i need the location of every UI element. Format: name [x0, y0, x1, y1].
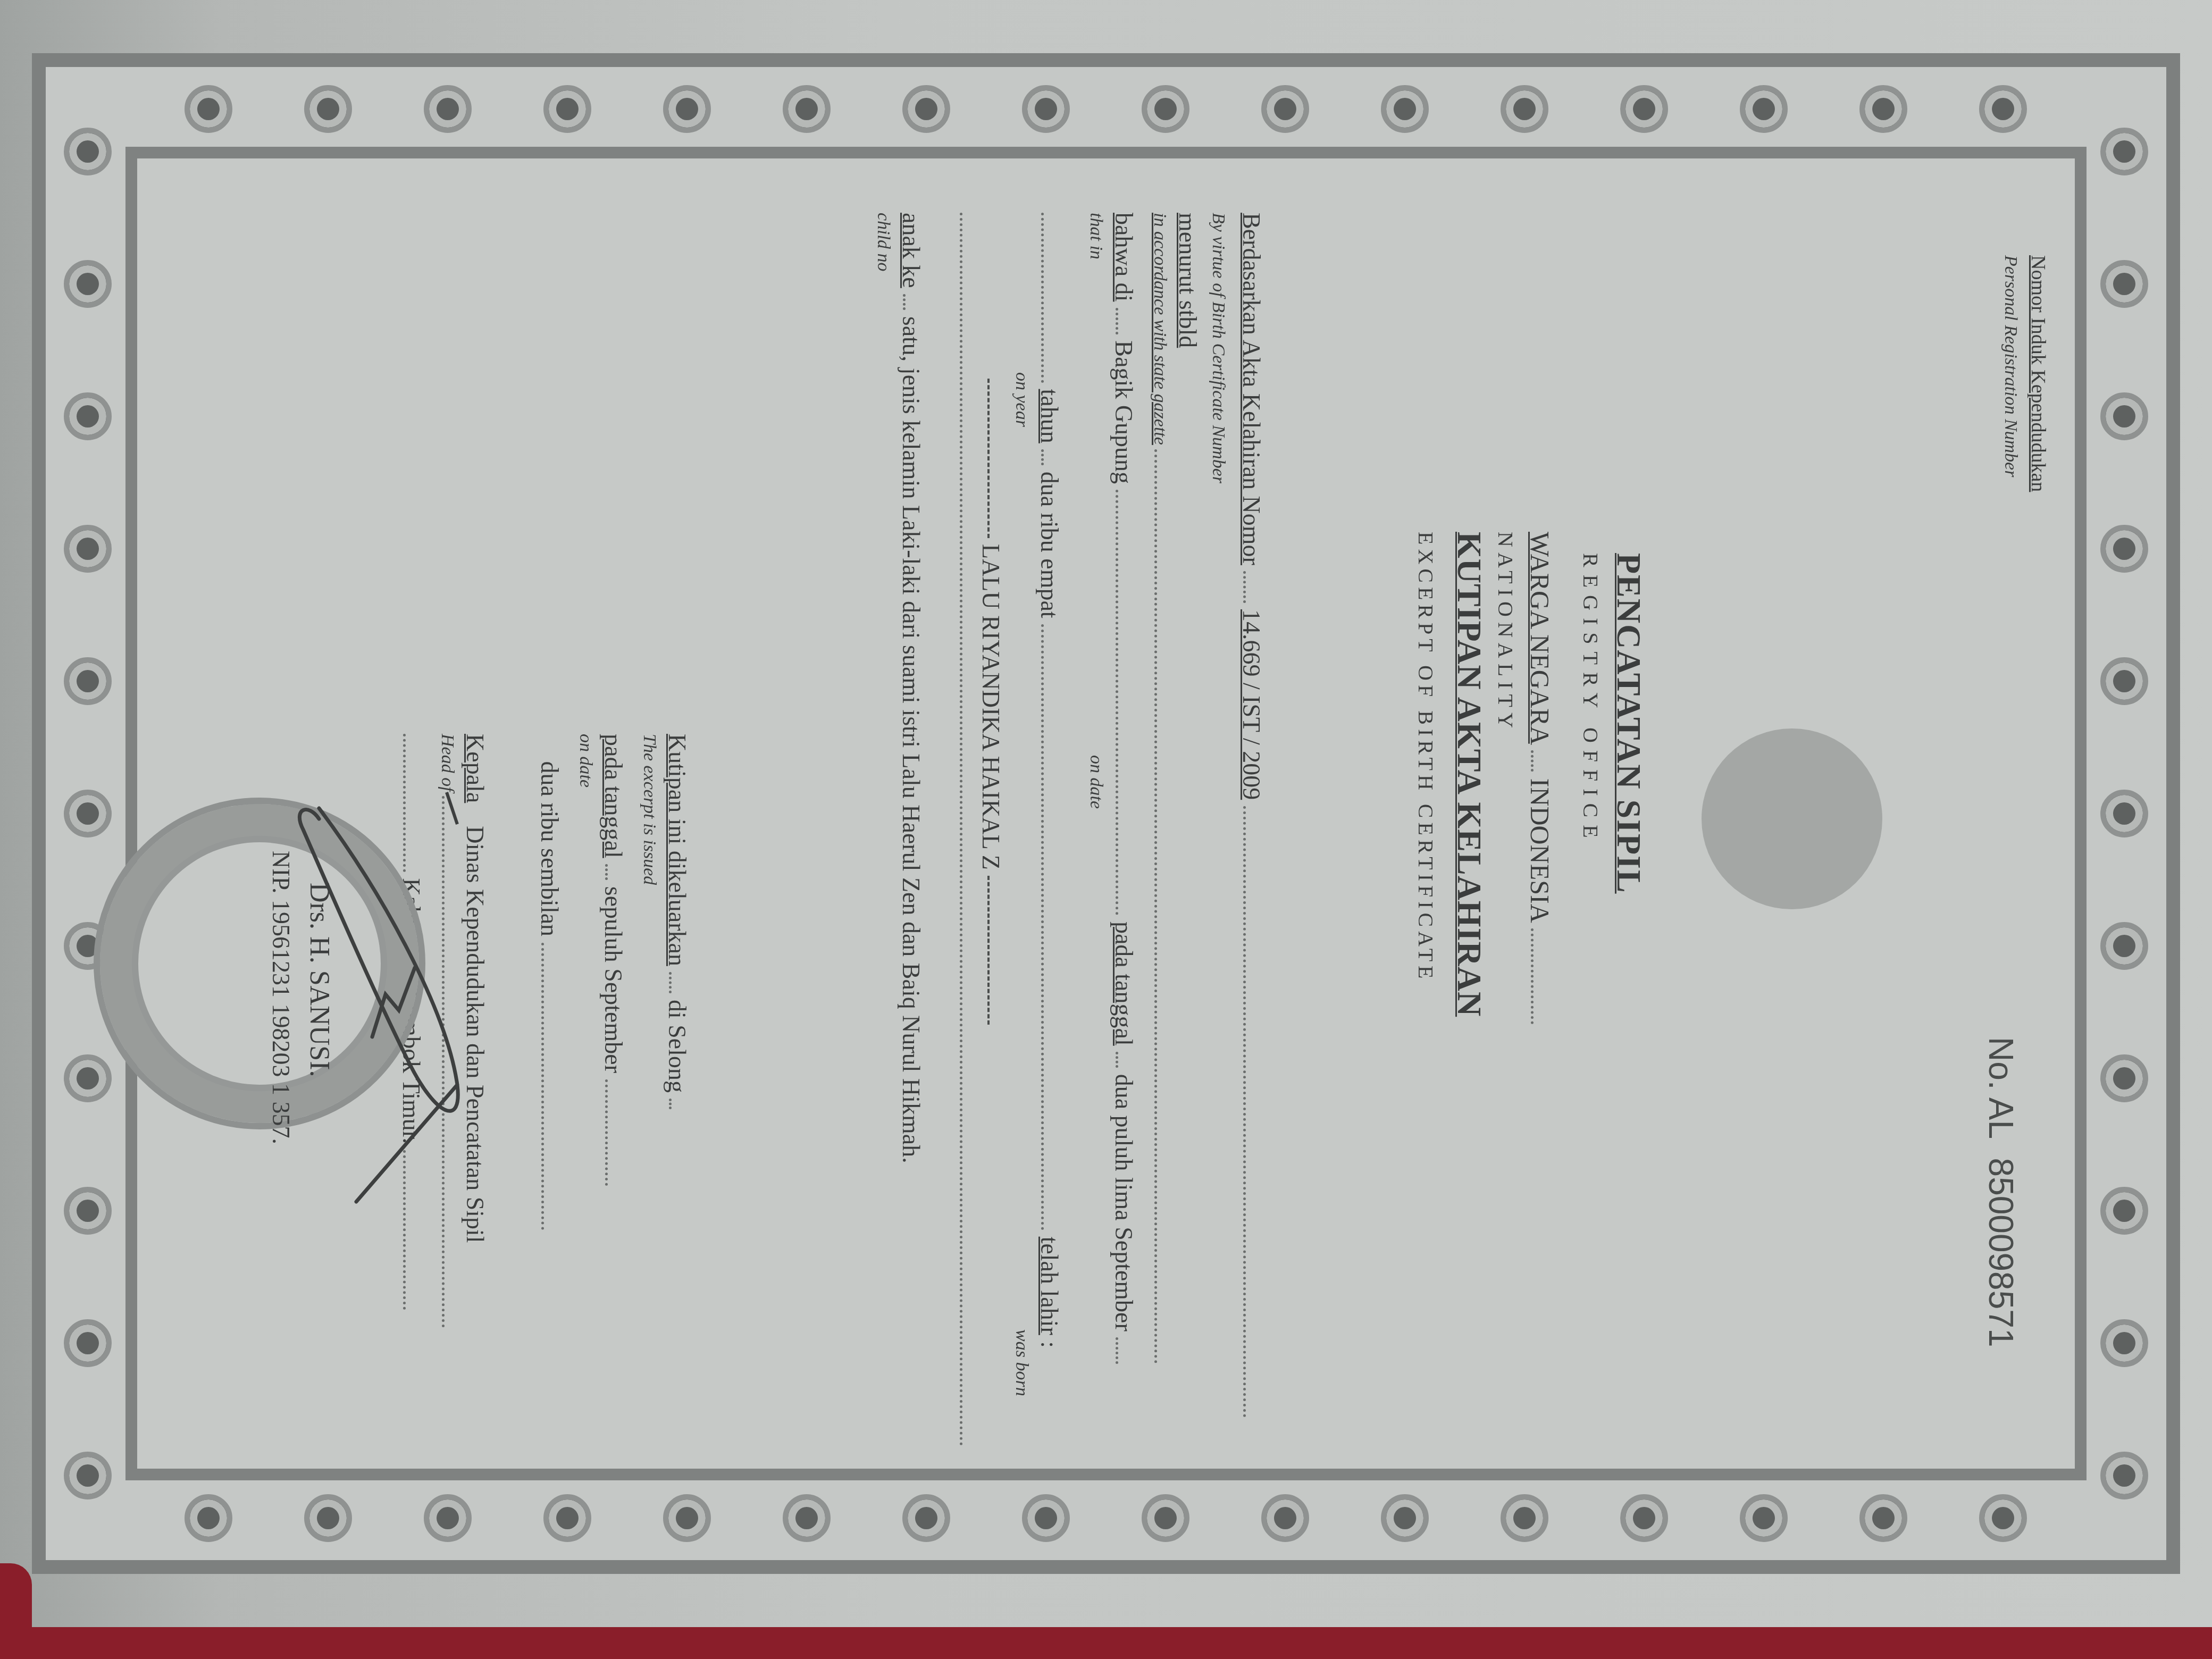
border-ornament-icon: [1142, 85, 1190, 133]
year-row: tahun dua ribu empat telah lahir :: [1035, 213, 1063, 1348]
issued-date-label-en: on date: [575, 734, 596, 787]
basis-label-en: By virtue of Birth Certificate Number: [1208, 213, 1228, 483]
border-ornament-icon: [1501, 85, 1549, 133]
office-title-en: REGISTRY OFFICE: [1578, 553, 1603, 845]
border-ornament-icon: [64, 1187, 112, 1235]
border-ornament-icon: [1621, 85, 1669, 133]
border-ornament-icon: [544, 1494, 592, 1542]
border-ornament-icon: [305, 1494, 353, 1542]
nationality-label-en: NATIONALITY: [1493, 532, 1518, 733]
year-label-en: on year: [1011, 372, 1032, 427]
issued-row: Kutipan ini dikeluarkan di Selong: [663, 734, 691, 1109]
border-ornament-icon: [664, 85, 711, 133]
child-name-row: LALU RIYANDIKA HAIKAL Z: [977, 213, 1005, 1025]
border-ornament-icon: [1501, 1494, 1549, 1542]
child-no-label: anak ke: [898, 213, 925, 288]
border-ornament-icon: [2100, 1187, 2148, 1235]
official-name: Drs. H. SANUSI.: [304, 883, 335, 1077]
year-label: tahun: [1036, 389, 1063, 443]
issued-label: Kutipan ini dikeluarkan: [664, 734, 691, 966]
stbld-label-en-row: in accordance with state gazette: [1150, 213, 1170, 1364]
border-ornament-icon: [1262, 1494, 1310, 1542]
child-no-value: satu, jenis kelamin Laki-laki dari suami…: [898, 316, 925, 1163]
border-ornament-icon: [1740, 85, 1788, 133]
border-ornament-icon: [185, 1494, 233, 1542]
date-value: dua puluh lima September: [1110, 1074, 1137, 1331]
issued-year-row: dua ribu sembilan: [535, 734, 564, 1230]
border-ornament-icon: [1142, 1494, 1190, 1542]
border-ornament-icon: [64, 525, 112, 573]
stbld-row: menurut stbld: [1174, 213, 1202, 348]
border-ornament-icon: [185, 85, 233, 133]
signature: [213, 787, 479, 1212]
border-ornament-icon: [1023, 85, 1070, 133]
border-ornaments-right: [149, 1494, 2063, 1542]
border-ornament-icon: [64, 128, 112, 175]
serial-prefix: No. AL: [1982, 1037, 2020, 1138]
child-name: LALU RIYANDIKA HAIKAL Z: [977, 544, 1004, 870]
stbld-label: menurut stbld: [1174, 213, 1201, 348]
basis-row: Berdasarkan Akta Kelahiran Nomor 14.669 …: [1237, 213, 1266, 1418]
official-nip: NIP. 19561231 198203 1 357.: [267, 851, 295, 1144]
border-ornament-icon: [1381, 85, 1429, 133]
border-ornament-icon: [1621, 1494, 1669, 1542]
blank-dotted-line: [960, 213, 962, 1446]
nik-label-en: Personal Registration Number: [2000, 255, 2021, 477]
border-ornament-icon: [2100, 260, 2148, 308]
border-ornament-icon: [305, 85, 353, 133]
basis-label: Berdasarkan Akta Kelahiran Nomor: [1238, 213, 1265, 565]
place-label-en: that in: [1086, 213, 1106, 259]
issued-year-value: dua ribu sembilan: [536, 761, 563, 937]
nationality-value: INDONESIA: [1525, 778, 1555, 921]
border-ornament-icon: [64, 790, 112, 837]
border-ornament-icon: [2100, 1452, 2148, 1499]
border-ornament-icon: [783, 85, 831, 133]
border-ornament-icon: [2100, 922, 2148, 970]
border-ornament-icon: [1980, 1494, 2027, 1542]
place-date-row: bahwa di Bagik Gupung pada tanggal dua p…: [1110, 213, 1138, 1364]
document-title: KUTIPAN AKTA KELAHIRAN: [1449, 532, 1489, 1017]
red-surface-corner: [0, 1563, 32, 1659]
border-ornament-icon: [903, 1494, 951, 1542]
border-ornament-icon: [1860, 85, 1908, 133]
issued-date-value: sepuluh September: [600, 886, 627, 1073]
border-ornament-icon: [1023, 1494, 1070, 1542]
border-ornament-icon: [2100, 525, 2148, 573]
border-ornament-icon: [424, 1494, 472, 1542]
border-ornaments-left: [149, 85, 2063, 133]
nationality-row: WARGA NEGARA INDONESIA: [1524, 532, 1555, 1024]
border-ornament-icon: [64, 1452, 112, 1499]
head-label-en: Head of: [438, 734, 457, 792]
place-label: bahwa di: [1110, 213, 1137, 301]
border-ornament-icon: [1860, 1494, 1908, 1542]
border-ornament-icon: [64, 1054, 112, 1102]
nationality-label: WARGA NEGARA: [1525, 532, 1555, 744]
border-ornament-icon: [1740, 1494, 1788, 1542]
date-label: pada tanggal: [1110, 921, 1137, 1046]
border-ornament-icon: [424, 85, 472, 133]
born-label-en: was born: [1011, 1329, 1032, 1396]
place-value: Bagik Gupung: [1110, 340, 1137, 484]
issued-place: di Selong: [664, 1000, 691, 1093]
nik-label: Nomor Induk Kependudukan: [2026, 255, 2050, 492]
birth-certificate: Nomor Induk Kependudukan Personal Regist…: [32, 53, 2180, 1574]
border-ornament-icon: [1980, 85, 2027, 133]
child-no-row: anak ke satu, jenis kelamin Laki-laki da…: [897, 213, 925, 1163]
border-ornament-icon: [664, 1494, 711, 1542]
border-ornaments-top: [2100, 85, 2148, 1542]
document-title-en: EXCERPT OF BIRTH CERTIFICATE: [1413, 532, 1438, 983]
border-ornament-icon: [2100, 1054, 2148, 1102]
border-ornament-icon: [783, 1494, 831, 1542]
border-ornament-icon: [2100, 657, 2148, 705]
office-title: PENCATATAN SIPIL: [1609, 553, 1648, 894]
serial-number: No. AL 8500098571: [1981, 1037, 2021, 1347]
date-label-en: on date: [1086, 755, 1106, 809]
basis-value: 14.669 / IST / 2009: [1238, 609, 1265, 800]
border-ornament-icon: [2100, 1319, 2148, 1367]
border-ornament-icon: [64, 392, 112, 440]
issued-date-label: pada tanggal: [600, 734, 627, 858]
border-ornament-icon: [64, 657, 112, 705]
border-ornament-icon: [1262, 85, 1310, 133]
border-ornament-icon: [2100, 790, 2148, 837]
born-label: telah lahir: [1036, 1237, 1063, 1335]
issued-date-row: pada tanggal sepuluh September: [599, 734, 627, 1186]
border-ornament-icon: [2100, 392, 2148, 440]
serial-value: 8500098571: [1982, 1158, 2020, 1347]
red-surface: [0, 1627, 2212, 1659]
child-no-label-en: child no: [873, 213, 893, 271]
stbld-label-en: in accordance with state gazette: [1150, 213, 1170, 445]
border-ornament-icon: [2100, 128, 2148, 175]
border-ornament-icon: [1381, 1494, 1429, 1542]
issued-label-en: The excerpt is issued: [639, 734, 659, 885]
border-ornament-icon: [903, 85, 951, 133]
border-ornament-icon: [544, 85, 592, 133]
year-value: dua ribu empat: [1036, 472, 1063, 618]
embossed-seal: [1702, 728, 1882, 909]
border-ornament-icon: [64, 1319, 112, 1367]
border-ornaments-bottom: [64, 85, 112, 1542]
border-ornament-icon: [64, 260, 112, 308]
